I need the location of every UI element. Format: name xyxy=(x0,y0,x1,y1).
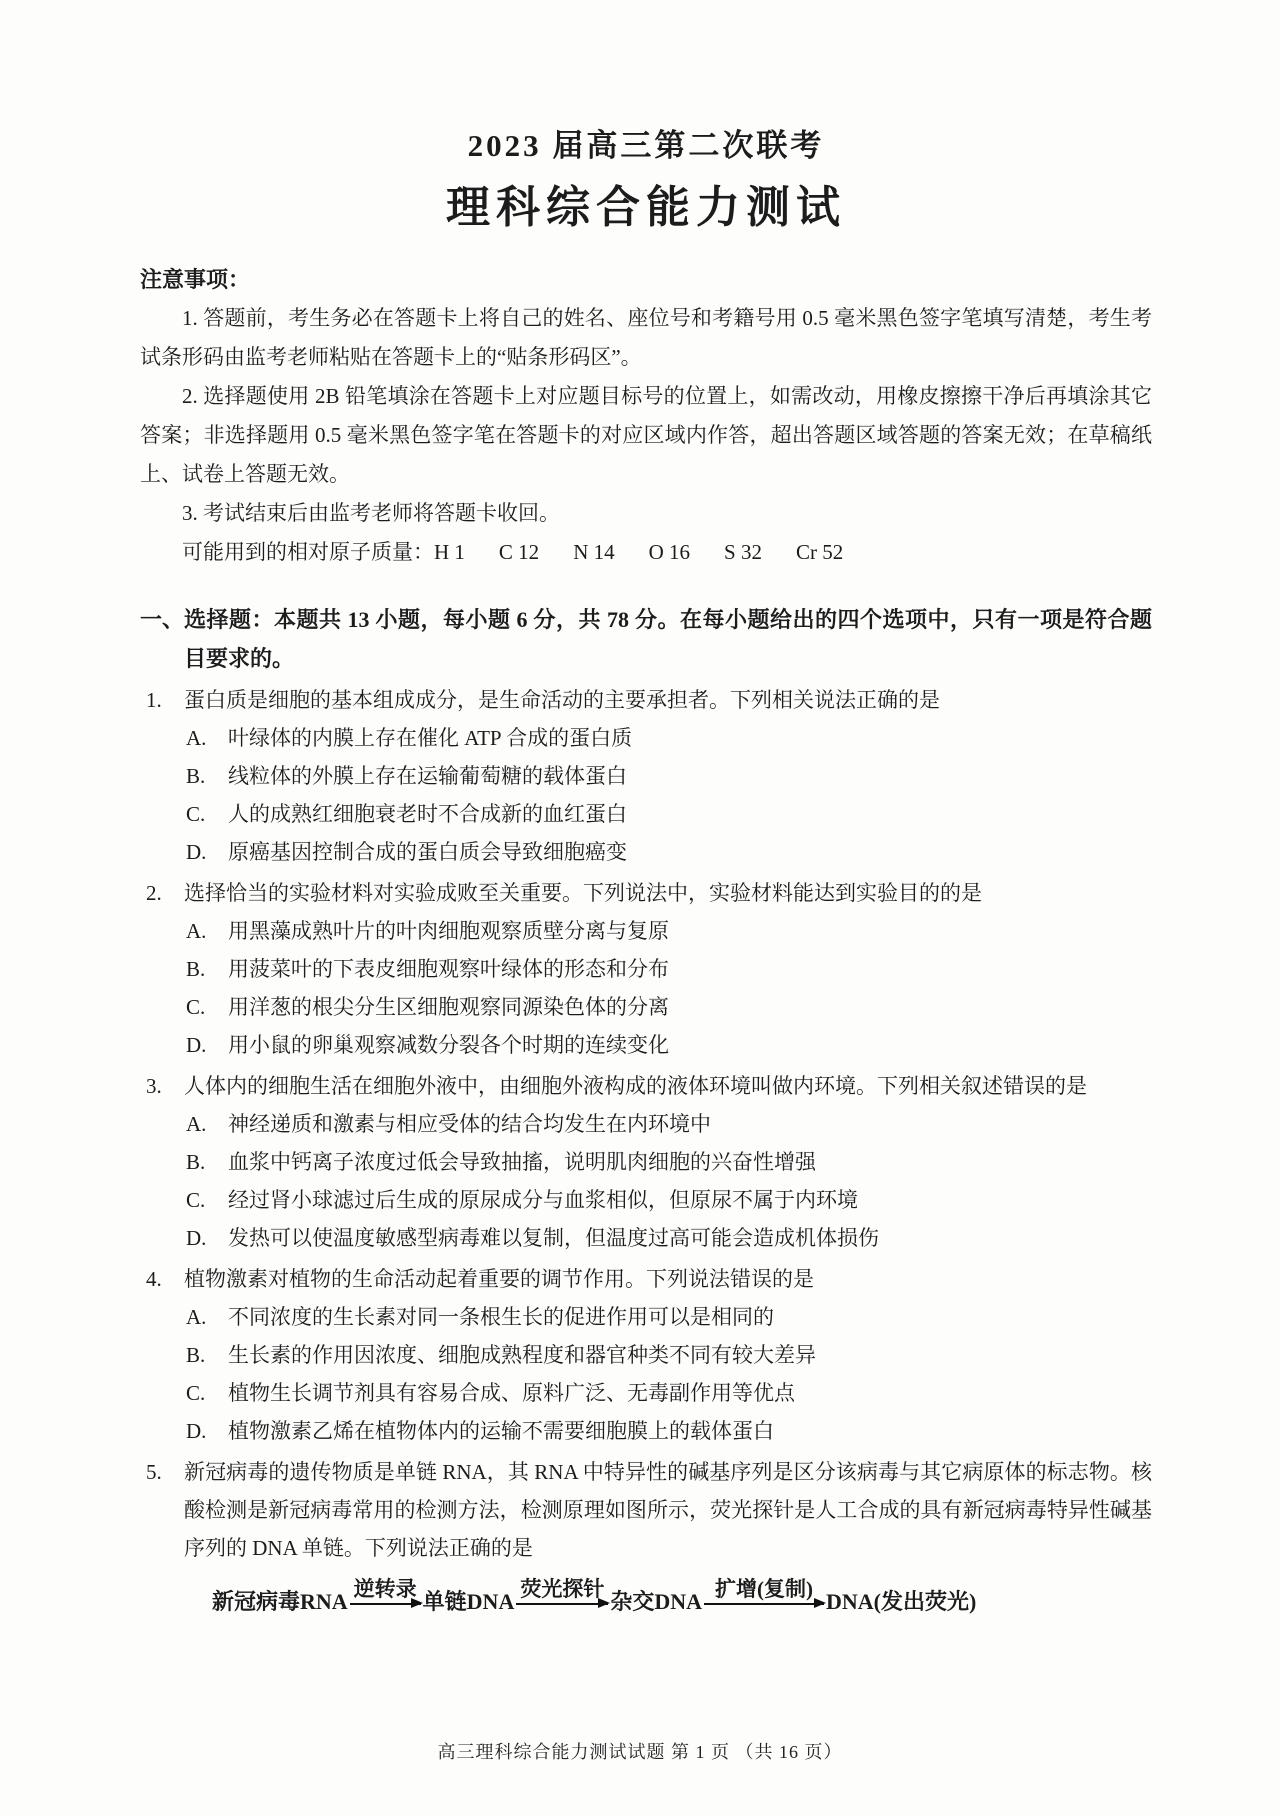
notice-item-2: 2. 选择题使用 2B 铅笔填涂在答题卡上对应题目标号的位置上，如需改动，用橡皮… xyxy=(140,377,1152,494)
option-text: 植物激素乙烯在植物体内的运输不需要细胞膜上的载体蛋白 xyxy=(228,1412,1152,1450)
question-4: 4. 植物激素对植物的生命活动起着重要的调节作用。下列说法错误的是 A. 不同浓… xyxy=(140,1260,1152,1450)
question-stem: 蛋白质是细胞的基本组成成分，是生命活动的主要承担者。下列相关说法正确的是 xyxy=(184,681,1152,719)
option-row: A. 神经递质和激素与相应受体的结合均发生在内环境中 xyxy=(184,1105,1152,1143)
atomic-mass-c: C 12 xyxy=(499,540,539,564)
option-label: D. xyxy=(186,1412,228,1450)
flow-arrow-amplification: 扩增(复制) xyxy=(704,1577,824,1615)
question-3: 3. 人体内的细胞生活在细胞外液中，由细胞外液构成的液体环境叫做内环境。下列相关… xyxy=(140,1067,1152,1257)
option-text: 用菠菜叶的下表皮细胞观察叶绿体的形态和分布 xyxy=(228,950,1152,988)
option-label: A. xyxy=(186,1105,228,1143)
exam-title: 2023 届高三第二次联考 xyxy=(140,120,1152,165)
option-row: A. 不同浓度的生长素对同一条根生长的促进作用可以是相同的 xyxy=(184,1298,1152,1336)
option-text: 植物生长调节剂具有容易合成、原料广泛、无毒副作用等优点 xyxy=(228,1374,1152,1412)
option-text: 血浆中钙离子浓度过低会导致抽搐，说明肌肉细胞的兴奋性增强 xyxy=(228,1143,1152,1181)
option-label: C. xyxy=(186,1374,228,1412)
question-number: 3. xyxy=(140,1067,184,1257)
question-stem: 选择恰当的实验材料对实验成败至关重要。下列说法中，实验材料能达到实验目的的是 xyxy=(184,874,1152,912)
section-heading: 一、 选择题：本题共 13 小题，每小题 6 分，共 78 分。在每小题给出的四… xyxy=(140,600,1152,678)
option-row: D. 原癌基因控制合成的蛋白质会导致细胞癌变 xyxy=(184,833,1152,871)
option-text: 用小鼠的卵巢观察减数分裂各个时期的连续变化 xyxy=(228,1026,1152,1064)
atomic-mass-o: O 16 xyxy=(649,540,690,564)
arrow-label: 荧光探针 xyxy=(516,1577,608,1603)
option-row: A. 叶绿体的内膜上存在催化 ATP 合成的蛋白质 xyxy=(184,719,1152,757)
option-label: B. xyxy=(186,1336,228,1374)
option-row: C. 经过肾小球滤过后生成的原尿成分与血浆相似，但原尿不属于内环境 xyxy=(184,1181,1152,1219)
option-label: A. xyxy=(186,719,228,757)
option-text: 不同浓度的生长素对同一条根生长的促进作用可以是相同的 xyxy=(228,1298,1152,1336)
option-text: 线粒体的外膜上存在运输葡萄糖的载体蛋白 xyxy=(228,757,1152,795)
option-text: 人的成熟红细胞衰老时不合成新的血红蛋白 xyxy=(228,795,1152,833)
atomic-mass-cr: Cr 52 xyxy=(796,540,843,564)
flow-arrow-reverse-transcription: 逆转录 xyxy=(350,1577,421,1615)
page-footer: 高三理科综合能力测试试题 第 1 页 （共 16 页） xyxy=(0,1738,1280,1764)
question-number: 5. xyxy=(140,1453,184,1619)
option-label: D. xyxy=(186,1026,228,1064)
question-2: 2. 选择恰当的实验材料对实验成败至关重要。下列说法中，实验材料能达到实验目的的… xyxy=(140,874,1152,1064)
option-row: C. 人的成熟红细胞衰老时不合成新的血红蛋白 xyxy=(184,795,1152,833)
flow-node-hybrid-dna: 杂交DNA xyxy=(610,1589,702,1615)
option-row: A. 用黑藻成熟叶片的叶肉细胞观察质壁分离与复原 xyxy=(184,912,1152,950)
option-row: C. 植物生长调节剂具有容易合成、原料广泛、无毒副作用等优点 xyxy=(184,1374,1152,1412)
question-number: 4. xyxy=(140,1260,184,1450)
notice-item-1: 1. 答题前，考生务必在答题卡上将自己的姓名、座位号和考籍号用 0.5 毫米黑色… xyxy=(140,299,1152,377)
option-label: B. xyxy=(186,1143,228,1181)
question-stem: 新冠病毒的遗传物质是单链 RNA，其 RNA 中特异性的碱基序列是区分该病毒与其… xyxy=(184,1453,1152,1567)
option-row: B. 线粒体的外膜上存在运输葡萄糖的载体蛋白 xyxy=(184,757,1152,795)
question-1: 1. 蛋白质是细胞的基本组成成分，是生命活动的主要承担者。下列相关说法正确的是 … xyxy=(140,681,1152,871)
exam-subtitle: 理科综合能力测试 xyxy=(140,171,1152,235)
option-row: B. 用菠菜叶的下表皮细胞观察叶绿体的形态和分布 xyxy=(184,950,1152,988)
atomic-mass-label: 可能用到的相对原子质量： xyxy=(182,540,434,564)
option-label: C. xyxy=(186,988,228,1026)
option-label: A. xyxy=(186,1298,228,1336)
option-text: 经过肾小球滤过后生成的原尿成分与血浆相似，但原尿不属于内环境 xyxy=(228,1181,1152,1219)
option-label: B. xyxy=(186,950,228,988)
notice-item-3: 3. 考试结束后由监考老师将答题卡收回。 xyxy=(140,494,1152,533)
option-row: B. 血浆中钙离子浓度过低会导致抽搐，说明肌肉细胞的兴奋性增强 xyxy=(184,1143,1152,1181)
flow-node-dna-fluorescent: DNA(发出荧光) xyxy=(826,1589,976,1615)
atomic-mass-s: S 32 xyxy=(724,540,762,564)
option-label: C. xyxy=(186,795,228,833)
option-text: 神经递质和激素与相应受体的结合均发生在内环境中 xyxy=(228,1105,1152,1143)
option-text: 用黑藻成熟叶片的叶肉细胞观察质壁分离与复原 xyxy=(228,912,1152,950)
option-label: D. xyxy=(186,1219,228,1257)
flow-node-single-dna: 单链DNA xyxy=(423,1589,515,1615)
section-number: 一、 xyxy=(140,600,184,678)
option-text: 发热可以使温度敏感型病毒难以复制，但温度过高可能会造成机体损伤 xyxy=(228,1219,1152,1257)
option-row: D. 发热可以使温度敏感型病毒难以复制，但温度过高可能会造成机体损伤 xyxy=(184,1219,1152,1257)
option-text: 叶绿体的内膜上存在催化 ATP 合成的蛋白质 xyxy=(228,719,1152,757)
right-arrow-icon xyxy=(350,1603,421,1605)
notice-heading: 注意事项： xyxy=(140,261,1152,299)
question-stem: 植物激素对植物的生命活动起着重要的调节作用。下列说法错误的是 xyxy=(184,1260,1152,1298)
section-text: 选择题：本题共 13 小题，每小题 6 分，共 78 分。在每小题给出的四个选项… xyxy=(184,600,1152,678)
atomic-mass-n: N 14 xyxy=(573,540,614,564)
option-row: B. 生长素的作用因浓度、细胞成熟程度和器官种类不同有较大差异 xyxy=(184,1336,1152,1374)
option-label: B. xyxy=(186,757,228,795)
option-text: 用洋葱的根尖分生区细胞观察同源染色体的分离 xyxy=(228,988,1152,1026)
right-arrow-icon xyxy=(516,1603,608,1605)
option-label: C. xyxy=(186,1181,228,1219)
flow-node-rna: 新冠病毒RNA xyxy=(212,1589,348,1615)
question-number: 1. xyxy=(140,681,184,871)
question-stem: 人体内的细胞生活在细胞外液中，由细胞外液构成的液体环境叫做内环境。下列相关叙述错… xyxy=(184,1067,1152,1105)
option-text: 生长素的作用因浓度、细胞成熟程度和器官种类不同有较大差异 xyxy=(228,1336,1152,1374)
question-number: 2. xyxy=(140,874,184,1064)
flow-arrow-fluorescent-probe: 荧光探针 xyxy=(516,1577,608,1615)
right-arrow-icon xyxy=(704,1603,824,1605)
covid-test-flow-diagram: 新冠病毒RNA 逆转录 单链DNA 荧光探针 杂交DNA 扩增(复制) DNA(… xyxy=(212,1577,1152,1615)
atomic-mass-line: 可能用到的相对原子质量：H 1C 12N 14O 16S 32Cr 52 xyxy=(140,533,1152,572)
question-5: 5. 新冠病毒的遗传物质是单链 RNA，其 RNA 中特异性的碱基序列是区分该病… xyxy=(140,1453,1152,1619)
option-row: D. 植物激素乙烯在植物体内的运输不需要细胞膜上的载体蛋白 xyxy=(184,1412,1152,1450)
option-label: D. xyxy=(186,833,228,871)
arrow-label: 扩增(复制) xyxy=(711,1577,817,1603)
exam-paper-page: 2023 届高三第二次联考 理科综合能力测试 注意事项： 1. 答题前，考生务必… xyxy=(0,0,1280,1816)
atomic-mass-h: H 1 xyxy=(434,540,465,564)
option-row: D. 用小鼠的卵巢观察减数分裂各个时期的连续变化 xyxy=(184,1026,1152,1064)
option-text: 原癌基因控制合成的蛋白质会导致细胞癌变 xyxy=(228,833,1152,871)
option-row: C. 用洋葱的根尖分生区细胞观察同源染色体的分离 xyxy=(184,988,1152,1026)
option-label: A. xyxy=(186,912,228,950)
